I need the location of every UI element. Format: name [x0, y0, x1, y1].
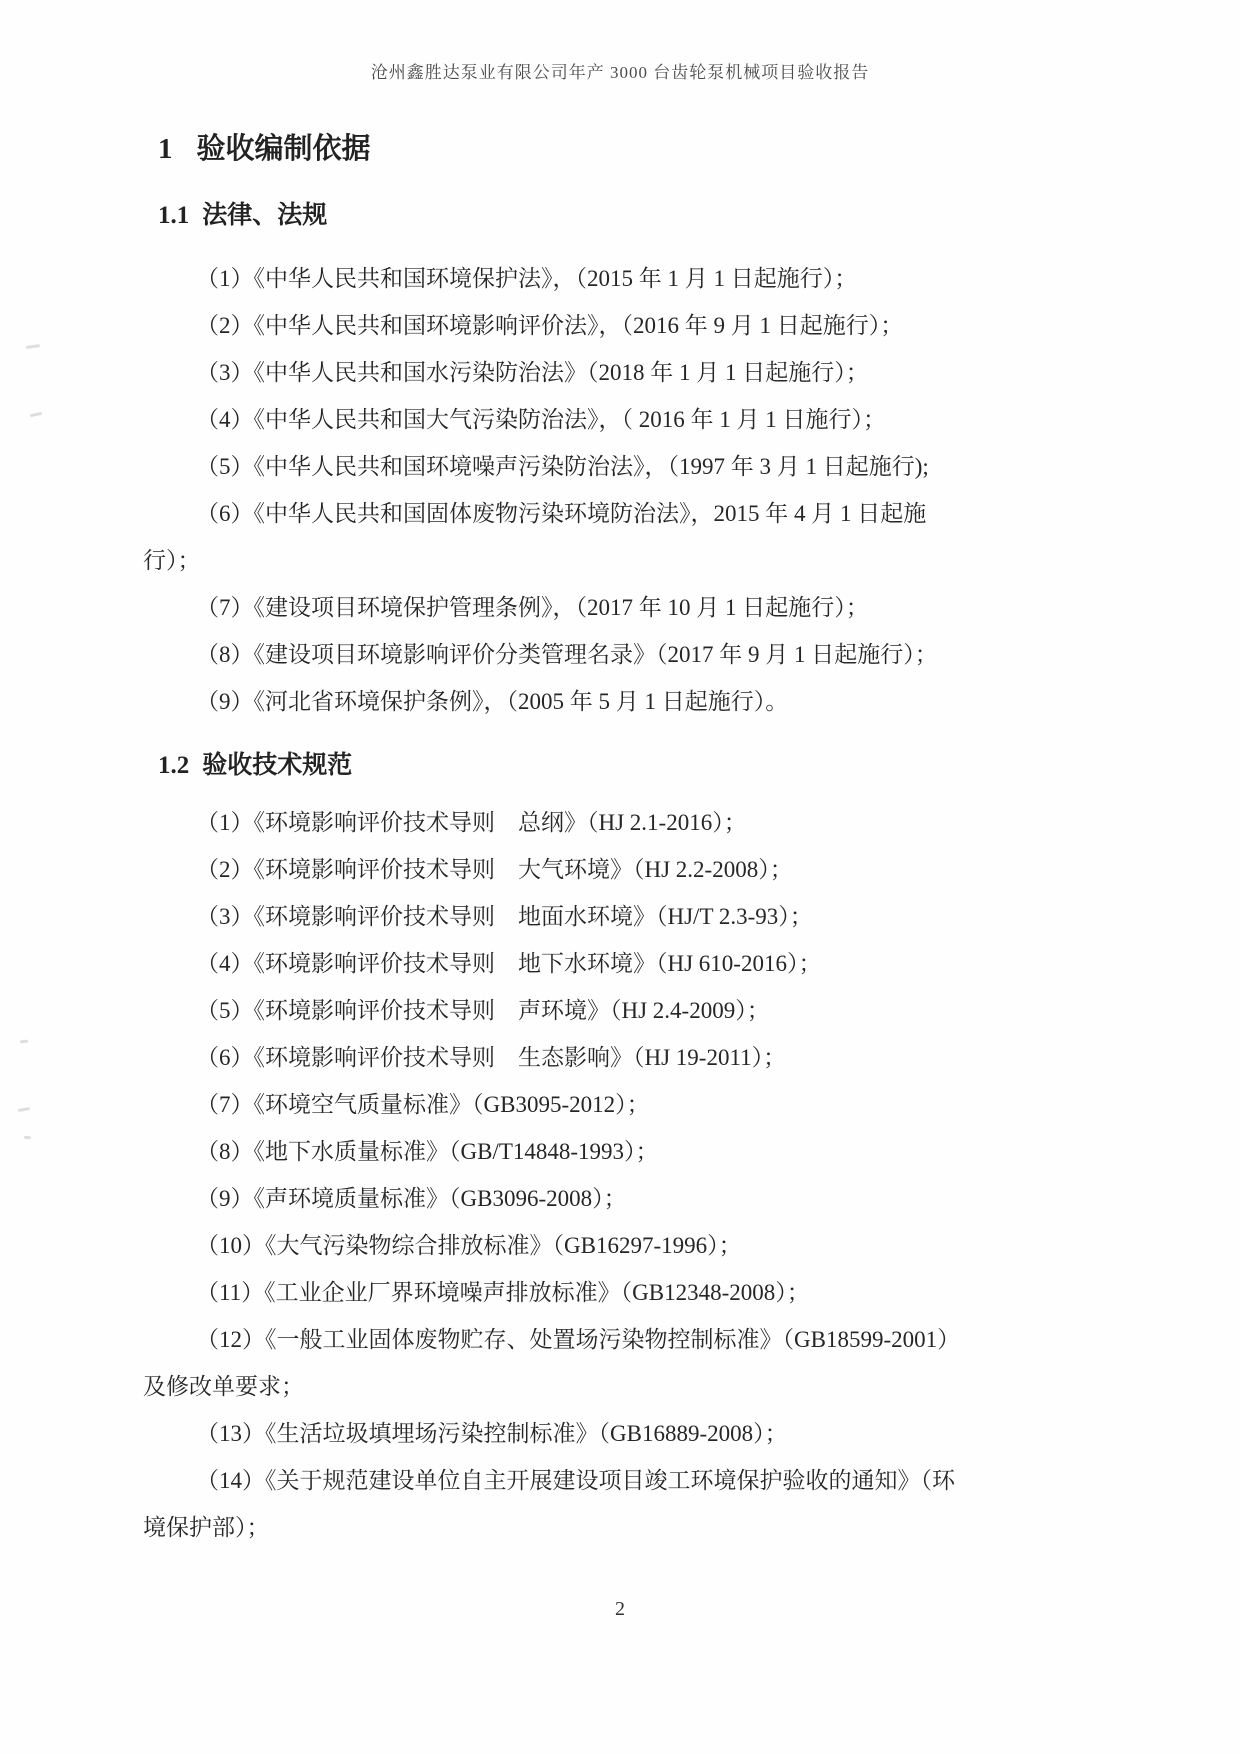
- chapter-title: 验收编制依据: [197, 133, 371, 165]
- law-item: （3）《中华人民共和国水污染防治法》（2018 年 1 月 1 日起施行）；: [143, 349, 1097, 396]
- law-item: （5）《中华人民共和国环境噪声污染防治法》，（1997 年 3 月 1 日起施行…: [143, 443, 1097, 490]
- scan-artifact: [20, 1040, 28, 1044]
- standard-item: （12）《一般工业固体废物贮存、处置场污染物控制标准》（GB18599-2001…: [143, 1316, 1097, 1410]
- standard-item: （1）《环境影响评价技术导则 总纲》（HJ 2.1-2016）；: [143, 799, 1097, 846]
- section-1-2-title: 验收技术规范: [202, 752, 352, 779]
- law-item: （1）《中华人民共和国环境保护法》，（2015 年 1 月 1 日起施行）；: [143, 255, 1097, 302]
- standard-item: （7）《环境空气质量标准》（GB3095-2012）；: [143, 1081, 1097, 1128]
- section-1-1-title: 法律、法规: [202, 202, 327, 229]
- law-item: （8）《建设项目环境影响评价分类管理名录》（2017 年 9 月 1 日起施行）…: [143, 631, 1097, 678]
- standard-item: （8）《地下水质量标准》（GB/T14848-1993）；: [143, 1128, 1097, 1175]
- section-1-1-number: 1.1: [158, 202, 189, 229]
- law-list: （1）《中华人民共和国环境保护法》，（2015 年 1 月 1 日起施行）； （…: [143, 255, 1097, 725]
- section-1-2-number: 1.2: [158, 752, 189, 779]
- standard-item: （9）《声环境质量标准》（GB3096-2008）；: [143, 1175, 1097, 1222]
- chapter-number: 1: [158, 133, 173, 165]
- standard-item: （10）《大气污染物综合排放标准》（GB16297-1996）；: [143, 1222, 1097, 1269]
- law-item: （2）《中华人民共和国环境影响评价法》，（2016 年 9 月 1 日起施行）；: [143, 302, 1097, 349]
- standard-item: （2）《环境影响评价技术导则 大气环境》（HJ 2.2-2008）；: [143, 846, 1097, 893]
- law-item: （6）《中华人民共和国固体废物污染环境防治法》，2015 年 4 月 1 日起施…: [143, 490, 1097, 584]
- law-item: （9）《河北省环境保护条例》，（2005 年 5 月 1 日起施行）。: [143, 678, 1097, 725]
- standard-item: （11）《工业企业厂界环境噪声排放标准》（GB12348-2008）；: [143, 1269, 1097, 1316]
- law-item: （7）《建设项目环境保护管理条例》，（2017 年 10 月 1 日起施行）；: [143, 584, 1097, 631]
- law-item: （4）《中华人民共和国大气污染防治法》，（ 2016 年 1 月 1 日施行）；: [143, 396, 1097, 443]
- standard-item: （3）《环境影响评价技术导则 地面水环境》（HJ/T 2.3-93）；: [143, 893, 1097, 940]
- page-content: 1验收编制依据 1.1法律、法规 （1）《中华人民共和国环境保护法》，（2015…: [143, 0, 1097, 1551]
- scan-artifact: [30, 412, 42, 417]
- standard-item: （6）《环境影响评价技术导则 生态影响》（HJ 19-2011）；: [143, 1034, 1097, 1081]
- section-1-2-heading: 1.2验收技术规范: [158, 745, 1097, 781]
- standard-item: （5）《环境影响评价技术导则 声环境》（HJ 2.4-2009）；: [143, 987, 1097, 1034]
- chapter-heading: 1验收编制依据: [158, 126, 1097, 167]
- standard-item: （13）《生活垃圾填埋场污染控制标准》（GB16889-2008）；: [143, 1410, 1097, 1457]
- scan-artifact: [24, 1136, 31, 1139]
- standard-item: （4）《环境影响评价技术导则 地下水环境》（HJ 610-2016）；: [143, 940, 1097, 987]
- document-page: 沧州鑫胜达泵业有限公司年产 3000 台齿轮泵机械项目验收报告 1验收编制依据 …: [0, 0, 1240, 1754]
- standard-list: （1）《环境影响评价技术导则 总纲》（HJ 2.1-2016）； （2）《环境影…: [143, 799, 1097, 1551]
- page-number: 2: [0, 1598, 1240, 1621]
- section-1-1-heading: 1.1法律、法规: [158, 195, 1097, 231]
- scan-artifact: [18, 1107, 30, 1112]
- standard-item: （14）《关于规范建设单位自主开展建设项目竣工环境保护验收的通知》（环 境保护部…: [143, 1457, 1097, 1551]
- scan-artifact: [26, 344, 40, 349]
